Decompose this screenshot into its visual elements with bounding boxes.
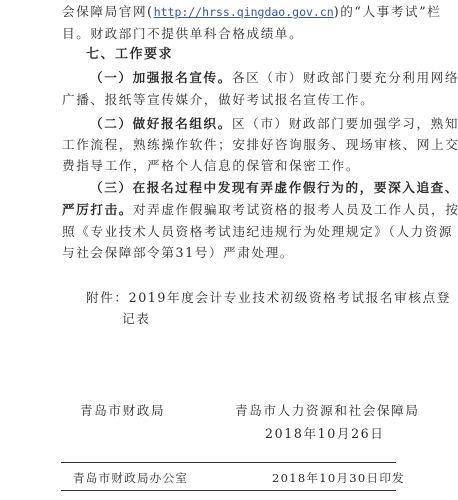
- contact-line-2: 目。财政部门不提供单科合格成绩单。: [62, 26, 303, 42]
- footer-top-rule: [61, 462, 396, 463]
- item-3-line-4: 与社会保障部令第31号）严肃处理。: [62, 245, 294, 261]
- item-2-text: 区（市）财政部门要加强学习，熟知: [232, 116, 458, 131]
- contact-line-1: 会保障局官网(http://hrss.qingdao.gov.cn)的“人事考试…: [62, 4, 441, 20]
- signature-org-left: 青岛市财政局: [80, 403, 165, 419]
- item-2-line-1: （二）做好报名组织。区（市）财政部门要加强学习，熟知: [90, 116, 458, 132]
- attachment-line-2: 记表: [122, 311, 150, 327]
- item-1-text: 各区（市）财政部门要充分利用网络、: [232, 70, 458, 85]
- attachment-line-1: 附件：2019年度会计专业技术初级资格考试报名审核点登: [86, 290, 451, 306]
- item-2-line-3: 费指导工作，严格个人信息的保管和保密工作。: [62, 158, 360, 174]
- contact-suffix: )的“人事考试”栏: [334, 4, 442, 19]
- item-3-line-3: 照《专业技术人员资格考试违纪违规行为处理规定》（人力资源: [62, 224, 453, 240]
- footer-bottom-rule: [61, 490, 396, 491]
- contact-prefix: 会保障局官网(: [62, 4, 154, 19]
- item-2-line-2: 工作流程，熟练操作软件；安排好咨询服务、现场审核、网上交: [62, 137, 458, 153]
- item-2-heading: （二）做好报名组织。: [90, 116, 232, 131]
- item-1-line-2: 广播、报纸等宣传媒介，做好考试报名宣传工作。: [62, 92, 374, 108]
- item-3-line-2: 严厉打击。对弄虚作假骗取考试资格的报考人员及工作人员，按: [62, 202, 458, 218]
- signature-date: 2018年10月26日: [265, 426, 384, 442]
- footer-issuer: 青岛市财政局办公室: [73, 470, 188, 486]
- item-3-heading-end: 严厉打击。: [62, 202, 133, 217]
- item-3-line-1: （三）在报名过程中发现有弄虚作假行为的，要深入追查、: [90, 180, 458, 196]
- footer-issue-date: 2018年10月30日印发: [272, 470, 405, 486]
- signature-org-right: 青岛市人力资源和社会保障局: [235, 403, 420, 419]
- item-1-line-1: （一）加强报名宣传。各区（市）财政部门要充分利用网络、: [90, 70, 458, 86]
- section-7-title: 七、工作要求: [86, 47, 173, 63]
- item-3-text: 对弄虚作假骗取考试资格的报考人员及工作人员，按: [133, 202, 458, 217]
- hrss-website-link[interactable]: http://hrss.qingdao.gov.cn: [154, 5, 334, 19]
- item-1-heading: （一）加强报名宣传。: [90, 70, 232, 85]
